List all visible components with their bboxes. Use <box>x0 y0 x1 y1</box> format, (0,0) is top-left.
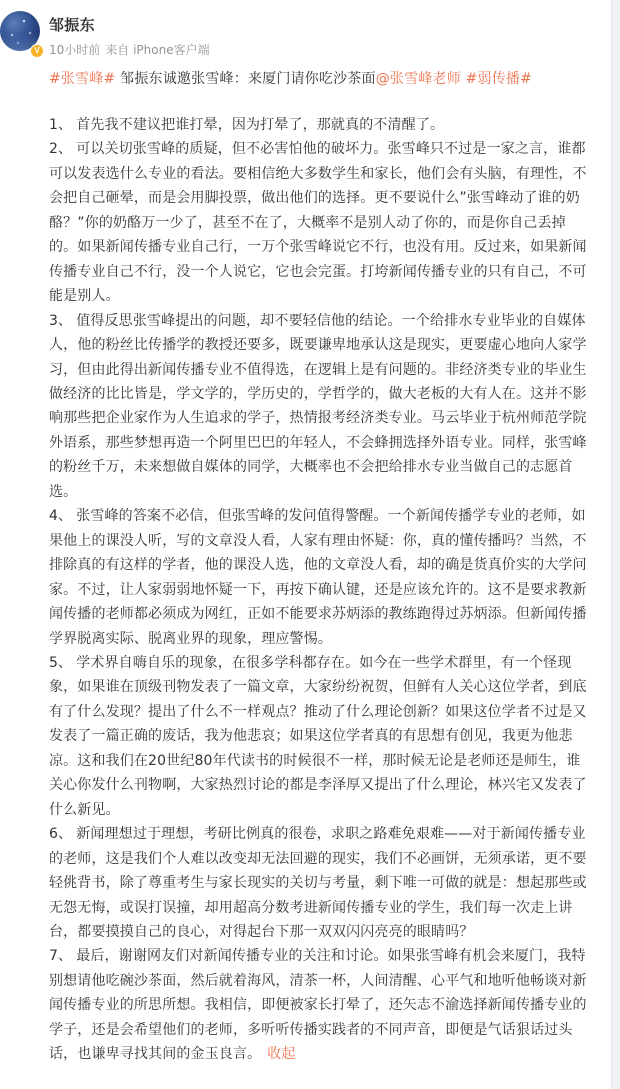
paragraph-text: 最后，谢谢网友们对新闻传播专业的关注和讨论。如果张雪峰有机会来厦门，我特别想请他… <box>49 948 587 1062</box>
author-name[interactable]: 邹振东 <box>49 14 95 35</box>
paragraph-number: 1、 <box>49 113 72 137</box>
paragraph: 7、最后，谢谢网友们对新闻传播专业的关注和讨论。如果张雪峰有机会来厦门，我特别想… <box>49 944 589 1066</box>
paragraph-text: 首先我不建议把谁打晕，因为打晕了，那就真的不清醒了。 <box>76 117 444 133</box>
page-scroll-gutter <box>611 0 620 1089</box>
paragraph-number: 6、 <box>49 822 72 846</box>
post-time[interactable]: 10小时前 <box>49 43 100 57</box>
paragraph: 4、张雪峰的答案不必信，但张雪峰的发问值得警醒。一个新闻传播学专业的老师，如果他… <box>49 504 589 651</box>
paragraph-text: 张雪峰的答案不必信，但张雪峰的发问值得警醒。一个新闻传播学专业的老师，如果他上的… <box>49 508 587 646</box>
paragraph-text: 新闻理想过于理想，考研比例真的很卷，求职之路难免艰难——对于新闻传播专业的老师，… <box>49 826 587 940</box>
paragraph-text: 值得反思张雪峰提出的问题，却不要轻信他的结论。一个给排水专业毕业的自媒体人，他的… <box>49 313 587 500</box>
collapse-button[interactable]: 收起 <box>267 1046 295 1062</box>
paragraph-text: 学术界自嗨自乐的现象，在很多学科都存在。如今在一些学术群里，有一个怪现象，如果谁… <box>49 655 587 818</box>
paragraph-number: 5、 <box>49 651 72 675</box>
post-source: 来自 iPhone客户端 <box>105 43 209 57</box>
paragraph-number: 2、 <box>49 137 72 161</box>
post-body: 1、首先我不建议把谁打晕，因为打晕了，那就真的不清醒了。 2、可以关切张雪峰的质… <box>49 113 589 1067</box>
paragraph-number: 4、 <box>49 504 72 528</box>
verified-badge-icon: V <box>30 44 44 58</box>
paragraph-text: 可以关切张雪峰的质疑，但不必害怕他的破坏力。张雪峰只不过是一家之言，谁都可以发表… <box>49 141 587 304</box>
weibo-post-card: V 邹振东 10小时前来自 iPhone客户端 #张雪峰# 邹振东诚邀张雪峰：来… <box>0 0 611 1089</box>
paragraph: 2、可以关切张雪峰的质疑，但不必害怕他的破坏力。张雪峰只不过是一家之言，谁都可以… <box>49 137 589 308</box>
paragraph: 5、学术界自嗨自乐的现象，在很多学科都存在。如今在一些学术群里，有一个怪现象，如… <box>49 651 589 822</box>
post-headline: #张雪峰# 邹振东诚邀张雪峰：来厦门请你吃沙茶面@张雪峰老师 #弱传播# <box>49 68 532 88</box>
paragraph: 6、新闻理想过于理想，考研比例真的很卷，求职之路难免艰难——对于新闻传播专业的老… <box>49 822 589 944</box>
post-meta: 10小时前来自 iPhone客户端 <box>49 41 215 58</box>
hashtag-link[interactable]: #弱传播# <box>461 71 532 87</box>
hashtag-link[interactable]: #张雪峰# <box>49 71 115 87</box>
paragraph-number: 7、 <box>49 944 72 968</box>
mention-link[interactable]: @张雪峰老师 <box>376 71 461 87</box>
paragraph: 1、首先我不建议把谁打晕，因为打晕了，那就真的不清醒了。 <box>49 113 589 137</box>
paragraph-number: 3、 <box>49 309 72 333</box>
headline-text: 邹振东诚邀张雪峰：来厦门请你吃沙茶面 <box>115 71 375 87</box>
paragraph: 3、值得反思张雪峰提出的问题，却不要轻信他的结论。一个给排水专业毕业的自媒体人，… <box>49 309 589 505</box>
